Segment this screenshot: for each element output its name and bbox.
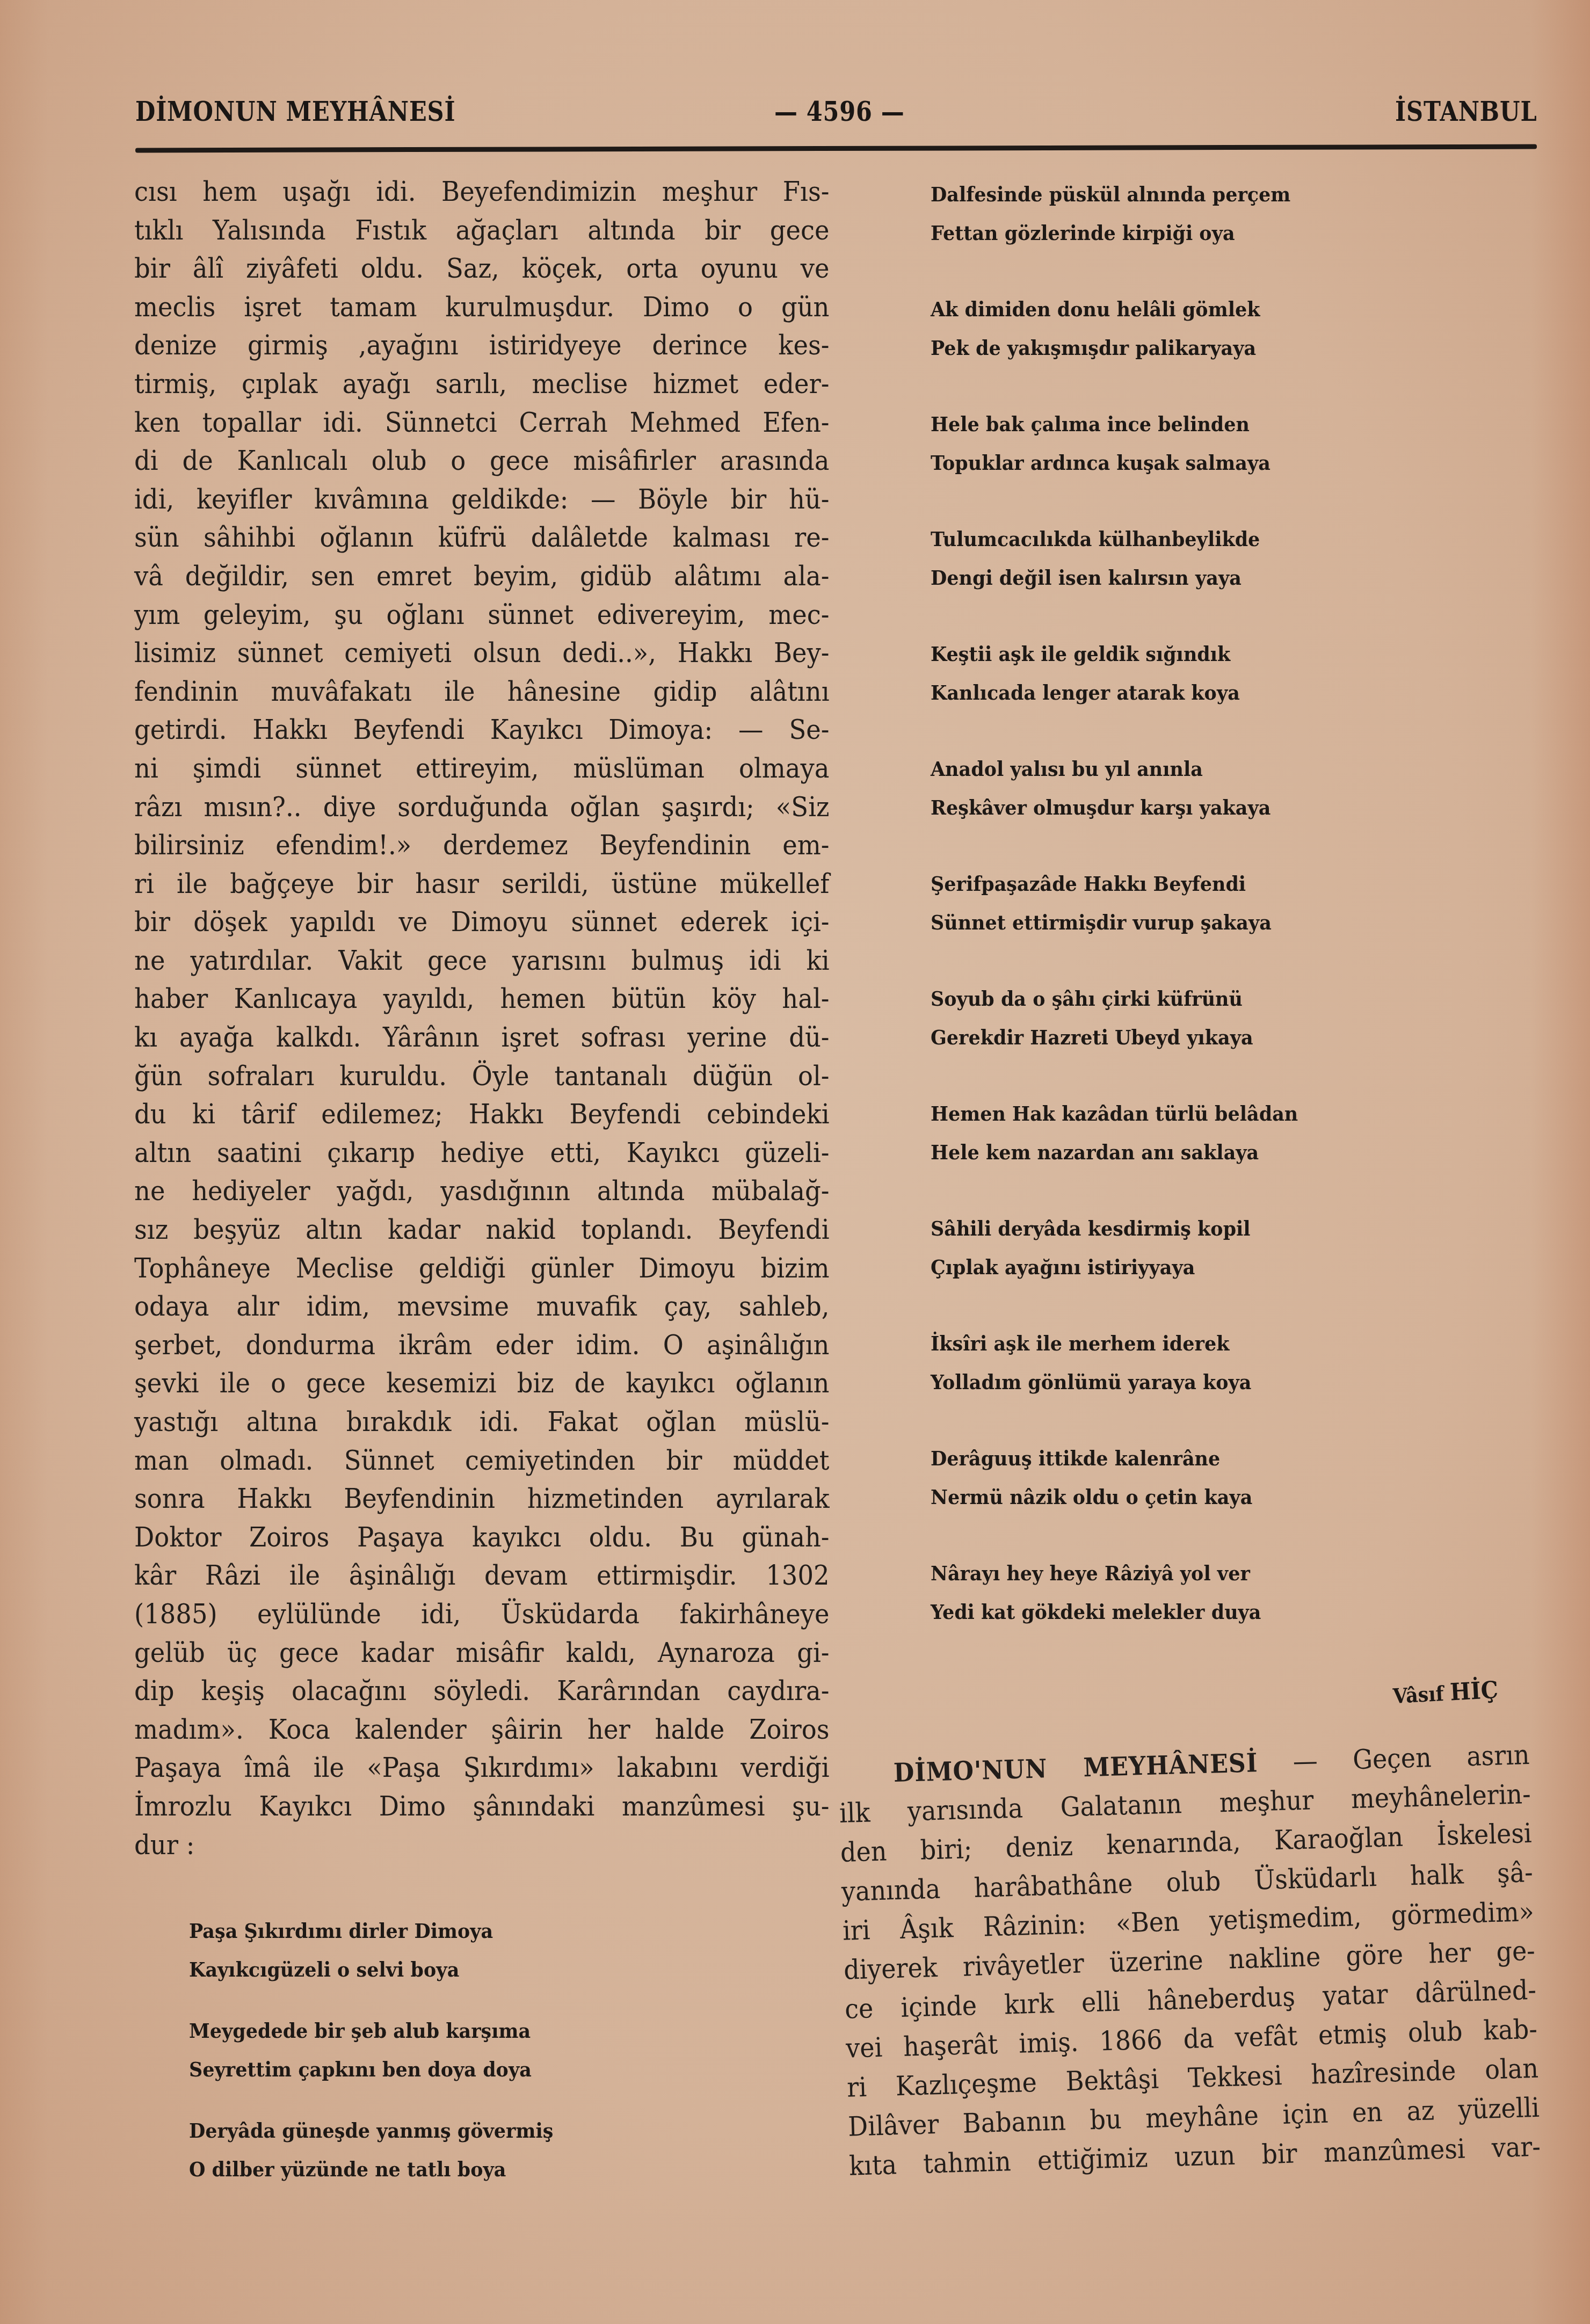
stanza: Sâhili deryâda kesdirmiş kopilÇıplak aya… [931,1209,1330,1287]
verse-line: Topuklar ardınca kuşak salmaya [931,444,1298,482]
prose-line: sız beşyüz altın kadar nakid toplandı. B… [134,1211,830,1250]
prose-line: ğün sofraları kuruldu. Öyle tantanalı dü… [134,1057,830,1096]
prose-line: tirmiş, çıplak ayağı sarılı, meclise hiz… [134,365,830,404]
verse-line: Dengi değil isen kalırsın yaya [931,558,1298,597]
prose-line: Doktor Zoiros Paşaya kayıkcı oldu. Bu gü… [134,1519,830,1557]
stanza: Derâguuş ittikde kalenrâneNermü nâzik ol… [931,1439,1330,1516]
verse-line: Gerekdir Hazreti Ubeyd yıkaya [931,1018,1298,1057]
stanza: Soyub da o şâhı çirki küfrünüGerekdir Ha… [931,979,1330,1057]
verse-line: Soyub da o şâhı çirki küfrünü [931,979,1298,1018]
verse-line: Anadol yalısı bu yıl anınla [931,750,1298,788]
running-header-title: DİMONUN MEYHÂNESİ [135,96,455,127]
verse-line: Keştii aşk ile geldik sığındık [931,635,1298,673]
prose-line: vâ değildir, sen emret beyim, gidüb alât… [134,557,830,596]
prose-line: idi, keyifler kıvâmına geldikde: — Böyle… [134,481,830,519]
entry-title: DİMO'NUN MEYHÂNESİ [893,1748,1258,1788]
verse-line: O dilber yüzünde ne tatlı boya [189,2150,553,2189]
signature-surname: HİÇ [1449,1676,1499,1706]
right-column-poem: Dalfesinde püskül alnında perçemFettan g… [931,175,1330,1669]
verse-line: Seyrettim çapkını ben doya doya [189,2050,553,2089]
prose-line: fendinin muvâfakatı ile hânesine gidip a… [134,673,830,711]
prose-line: yım geleyim, şu oğlanı sünnet edivereyim… [134,596,830,635]
poem-signature: Vâsıf HİÇ [1392,1676,1499,1709]
verse-line: Şerifpaşazâde Hakkı Beyfendi [931,865,1298,903]
verse-line: Sâhili deryâda kesdirmiş kopil [931,1209,1298,1248]
prose-line: râzı mısın?.. diye sorduğunda oğlan şaşı… [134,788,830,827]
page-number: — 4596 — [774,96,905,127]
prose-line: İmrozlu Kayıkcı Dimo şânındaki manzûmesi… [134,1788,830,1826]
verse-line: Kayıkcıgüzeli o selvi boya [189,1950,553,1989]
prose-line: di de Kanlıcalı olub o gece misâfirler a… [134,442,830,481]
prose-line: (1885) eylülünde idi, Üsküdarda fakirhân… [134,1595,830,1634]
verse-line: Sünnet ettirmişdir vurup şakaya [931,903,1298,942]
prose-line: yastığı altına bırakdık idi. Fakat oğlan… [134,1403,830,1442]
stanza: Ak dimiden donu helâli gömlekPek de yakı… [931,290,1330,367]
stanza: Meygedede bir şeb alub karşımaSeyrettim … [189,2011,585,2089]
prose-line: bir döşek yapıldı ve Dimoyu sünnet edere… [134,903,830,942]
prose-line: denize girmiş ,ayağını istiridyeye derin… [134,326,830,365]
verse-line: Yolladım gönlümü yaraya koya [931,1363,1298,1401]
verse-line: Yedi kat gökdeki melekler duya [931,1593,1298,1631]
stanza: Hele bak çalıma ince belindenTopuklar ar… [931,405,1330,482]
paper-edge-shadow-left [0,0,48,2324]
left-column-poem: Paşa Şıkırdımı dirler DimoyaKayıkcıgüzel… [189,1912,585,2211]
verse-line: Fettan gözlerinde kirpiği oya [931,214,1298,252]
stanza: Keştii aşk ile geldik sığındıkKanlıcada … [931,635,1330,712]
encyclopedia-entry: DİMO'NUN MEYHÂNESİ — Geçen asrın ilk yar… [838,1735,1558,2186]
prose-line: bir âlî ziyâfeti oldu. Saz, köçek, orta … [134,250,830,288]
verse-line: Ak dimiden donu helâli gömlek [931,290,1298,329]
verse-line: Meygedede bir şeb alub karşıma [189,2011,553,2050]
prose-line: gelüb üç gece kadar misâfir kaldı, Aynar… [134,1634,830,1673]
verse-line: Nârayı hey heye Râziyâ yol ver [931,1554,1298,1593]
stanza: Deryâda güneşde yanmış gövermişO dilber … [189,2111,585,2189]
stanza: İksîri aşk ile merhem iderekYolladım gön… [931,1324,1330,1401]
prose-line: Tophâneye Meclise geldiği günler Dimoyu … [134,1250,830,1288]
verse-line: Kanlıcada lenger atarak koya [931,673,1298,712]
verse-line: Paşa Şıkırdımı dirler Dimoya [189,1912,553,1950]
verse-line: Deryâda güneşde yanmış gövermiş [189,2111,553,2150]
entry-first-line-text: — Geçen asrın [1293,1739,1530,1777]
verse-line: Dalfesinde püskül alnında perçem [931,175,1298,214]
verse-line: Pek de yakışmışdır palikaryaya [931,329,1298,367]
verse-line: Hemen Hak kazâdan türlü belâdan [931,1094,1298,1133]
verse-line: İksîri aşk ile merhem iderek [931,1324,1298,1363]
prose-line: kâr Râzi ile âşinâlığı devam ettirmişdir… [134,1557,830,1595]
prose-line: sün sâhihbi oğlanın küfrü dalâletde kalm… [134,519,830,557]
stanza: Hemen Hak kazâdan türlü belâdanHele kem … [931,1094,1330,1172]
stanza: Nârayı hey heye Râziyâ yol verYedi kat g… [931,1554,1330,1631]
stanza: Paşa Şıkırdımı dirler DimoyaKayıkcıgüzel… [189,1912,585,1989]
prose-line: ri ile bağçeye bir hasır serildi, üstüne… [134,865,830,904]
entry-body: ilk yarısında Galatanın meşhur meyhânele… [839,1774,1558,2186]
prose-line: kı ayağa kalkdı. Yârânın işret sofrası y… [134,1019,830,1057]
prose-line: ne hediyeler yağdı, yasdığının altında m… [134,1172,830,1211]
running-header-section: İSTANBUL [1395,96,1537,127]
prose-line: ne yatırdılar. Vakit gece yarısını bulmu… [134,942,830,981]
verse-line: Nermü nâzik oldu o çetin kaya [931,1478,1298,1516]
prose-line: lisimiz sünnet cemiyeti olsun dedi..», H… [134,634,830,673]
stanza: Tulumcacılıkda külhanbeylikdeDengi değil… [931,520,1330,597]
prose-line: odaya alır idim, mevsime muvafik çay, sa… [134,1288,830,1326]
verse-line: Reşkâver olmuşdur karşı yakaya [931,788,1298,827]
prose-line: şerbet, dondurma ikrâm eder idim. O aşin… [134,1326,830,1365]
prose-line: getirdi. Hakkı Beyfendi Kayıkcı Dimoya: … [134,711,830,750]
running-header: DİMONUN MEYHÂNESİ — 4596 — İSTANBUL [135,96,1537,139]
prose-line: ni şimdi sünnet ettireyim, müslüman olma… [134,750,830,788]
prose-line: Paşaya îmâ ile «Paşa Şıkırdımı» lakabını… [134,1749,830,1788]
prose-line: ken topallar idi. Sünnetci Cerrah Mehmed… [134,404,830,442]
prose-line: altın saatini çıkarıp hediye etti, Kayık… [134,1134,830,1173]
signature-given-name: Vâsıf [1392,1681,1444,1708]
prose-line: sonra Hakkı Beyfendinin hizmetinden ayrı… [134,1480,830,1519]
header-rule [135,144,1537,153]
verse-line: Hele kem nazardan anı saklaya [931,1133,1298,1172]
stanza: Dalfesinde püskül alnında perçemFettan g… [931,175,1330,252]
stanza: Şerifpaşazâde Hakkı BeyfendiSünnet ettir… [931,865,1330,942]
prose-line: madım». Koca kalender şâirin her halde Z… [134,1711,830,1749]
prose-line: man olmadı. Sünnet cemiyetinden bir müdd… [134,1442,830,1480]
prose-line: haber Kanlıcaya yayıldı, hemen bütün köy… [134,980,830,1019]
left-column-prose: cısı hem uşağı idi. Beyefendimizin meşhu… [134,173,830,1864]
prose-line: şevki ile o gece kesemizi biz de kayıkcı… [134,1364,830,1403]
prose-line: dur : [134,1826,830,1865]
prose-line: bilirsiniz efendim!.» derdemez Beyfendin… [134,826,830,865]
verse-line: Derâguuş ittikde kalenrâne [931,1439,1298,1478]
prose-line: du ki târif edilemez; Hakkı Beyfendi ceb… [134,1095,830,1134]
stanza: Anadol yalısı bu yıl anınlaReşkâver olmu… [931,750,1330,827]
prose-line: tıklı Yalısında Fıstık ağaçları altında … [134,212,830,250]
prose-line: dip keşiş olacağını söyledi. Karârından … [134,1672,830,1711]
prose-line: cısı hem uşağı idi. Beyefendimizin meşhu… [134,173,830,212]
verse-line: Tulumcacılıkda külhanbeylikde [931,520,1298,558]
verse-line: Çıplak ayağını istiriyyaya [931,1248,1298,1287]
prose-line: meclis işret tamam kurulmuşdur. Dimo o g… [134,288,830,327]
verse-line: Hele bak çalıma ince belinden [931,405,1298,444]
